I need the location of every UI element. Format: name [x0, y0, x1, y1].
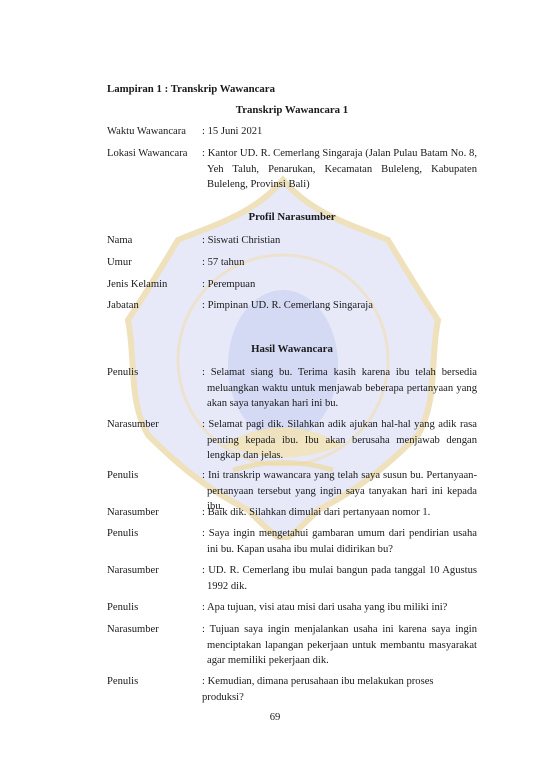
speaker: Penulis — [107, 526, 202, 557]
profile-label: Nama — [107, 233, 202, 249]
utterance: : Tujuan saya ingin menjalankan usaha in… — [202, 622, 477, 669]
profile-value: : Siswati Christian — [202, 233, 477, 249]
dialogue-row: Narasumber : Selamat pagi dik. Silahkan … — [107, 417, 477, 464]
meta-value: : Kantor UD. R. Cemerlang Singaraja (Jal… — [202, 146, 477, 193]
utterance: : Apa tujuan, visi atau misi dari usaha … — [202, 600, 477, 616]
meta-value: : 15 Juni 2021 — [202, 124, 477, 140]
utterance: : UD. R. Cemerlang ibu mulai bangun pada… — [202, 563, 477, 594]
profile-row: Jenis Kelamin : Perempuan — [107, 277, 477, 293]
profile-value: : Perempuan — [202, 277, 477, 293]
results-title: Hasil Wawancara — [107, 343, 477, 355]
speaker: Narasumber — [107, 505, 202, 521]
profile-row: Nama : Siswati Christian — [107, 233, 477, 249]
profile-label: Jenis Kelamin — [107, 277, 202, 293]
dialogue-row: Penulis : Kemudian, dimana perusahaan ib… — [107, 674, 477, 705]
speaker: Narasumber — [107, 622, 202, 669]
profile-value: : Pimpinan UD. R. Cemerlang Singaraja — [202, 298, 477, 314]
dialogue-row: Narasumber : Baik dik. Silahkan dimulai … — [107, 505, 477, 521]
speaker: Penulis — [107, 365, 202, 412]
dialogue-row: Penulis : Selamat siang bu. Terima kasih… — [107, 365, 477, 412]
profile-row: Jabatan : Pimpinan UD. R. Cemerlang Sing… — [107, 298, 477, 314]
utterance: : Saya ingin mengetahui gambaran umum da… — [202, 526, 477, 557]
meta-row: Waktu Wawancara : 15 Juni 2021 — [107, 124, 477, 140]
transcript-title: Transkrip Wawancara 1 — [107, 104, 477, 116]
profile-value: : 57 tahun — [202, 255, 477, 271]
dialogue-row: Narasumber : Tujuan saya ingin menjalank… — [107, 622, 477, 669]
profile-title: Profil Narasumber — [107, 211, 477, 223]
utterance: : Selamat pagi dik. Silahkan adik ajukan… — [202, 417, 477, 464]
meta-label: Waktu Wawancara — [107, 124, 202, 140]
profile-row: Umur : 57 tahun — [107, 255, 477, 271]
dialogue-row: Narasumber : UD. R. Cemerlang ibu mulai … — [107, 563, 477, 594]
profile-label: Jabatan — [107, 298, 202, 314]
utterance: : Baik dik. Silahkan dimulai dari pertan… — [202, 505, 477, 521]
page-number: 69 — [0, 712, 550, 723]
appendix-heading: Lampiran 1 : Transkrip Wawancara — [107, 83, 275, 95]
meta-row: Lokasi Wawancara : Kantor UD. R. Cemerla… — [107, 146, 477, 193]
dialogue-row: Penulis : Saya ingin mengetahui gambaran… — [107, 526, 477, 557]
speaker: Penulis — [107, 600, 202, 616]
speaker: Narasumber — [107, 417, 202, 464]
utterance: : Kemudian, dimana perusahaan ibu melaku… — [202, 674, 477, 705]
dialogue-row: Penulis : Apa tujuan, visi atau misi dar… — [107, 600, 477, 616]
utterance: : Selamat siang bu. Terima kasih karena … — [202, 365, 477, 412]
speaker: Penulis — [107, 674, 202, 705]
speaker: Narasumber — [107, 563, 202, 594]
meta-label: Lokasi Wawancara — [107, 146, 202, 193]
profile-label: Umur — [107, 255, 202, 271]
